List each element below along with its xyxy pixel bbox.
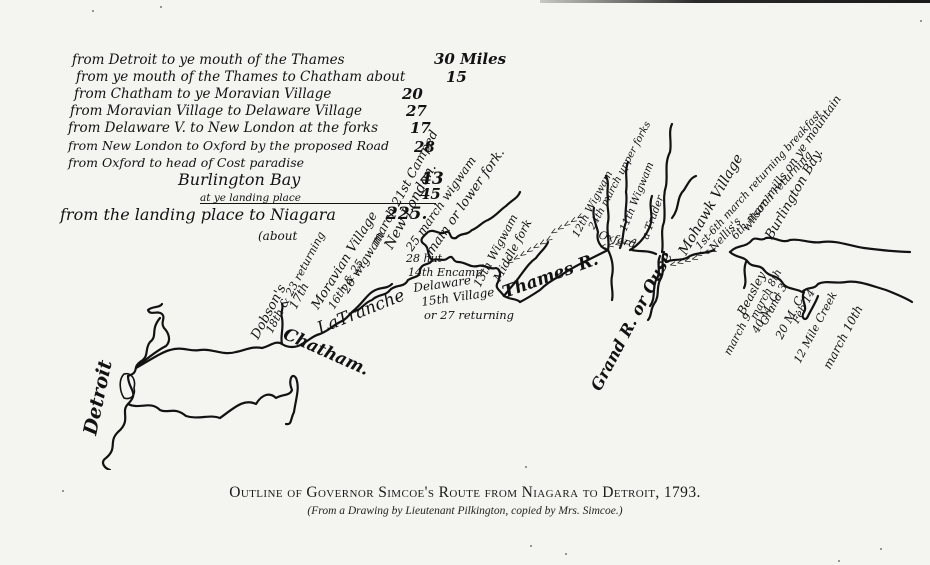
distance-row: from ye mouth of the Thames to Chatham a… xyxy=(76,69,405,86)
scan-speck xyxy=(525,466,527,468)
scan-speck xyxy=(92,10,94,12)
note-returning-27: or 27 returning xyxy=(424,308,514,322)
distance-row: from Detroit to ye mouth of the Thames 3… xyxy=(72,52,401,69)
map-caption: Outline of Governor Simcoe's Route from … xyxy=(0,484,930,517)
scan-speck xyxy=(565,553,567,555)
distance-row: from Chatham to ye Moravian Village 20 xyxy=(74,86,403,103)
scan-speck xyxy=(530,545,532,547)
distance-row: Burlington Bay 43 xyxy=(178,171,507,190)
caption-title: Outline of Governor Simcoe's Route from … xyxy=(0,484,930,502)
note-march-9: march 9 xyxy=(721,311,754,358)
thames-lower xyxy=(136,343,302,368)
scan-speck xyxy=(160,6,162,8)
distance-row: from Moravian Village to Delaware Villag… xyxy=(70,103,399,120)
scan-speck xyxy=(838,560,840,562)
distance-row: at ye landing place 45 xyxy=(200,190,436,204)
distance-row: from the landing place to Niagara 225. xyxy=(60,206,389,228)
note-hut-28: 28 hut xyxy=(405,252,443,265)
grand-river xyxy=(662,124,672,252)
label-grand-river: Grand R. or Ouse xyxy=(587,248,676,394)
distance-table: from Detroit to ye mouth of the Thames 3… xyxy=(72,52,401,245)
scan-speck xyxy=(880,548,882,550)
distance-row: from New London to Oxford by the propose… xyxy=(68,137,397,154)
scan-speck xyxy=(920,20,922,22)
caption-subtitle: (From a Drawing by Lieutenant Pilkington… xyxy=(0,505,930,517)
scan-speck xyxy=(62,490,64,492)
label-detroit: Detroit xyxy=(79,358,117,438)
burlington-bay xyxy=(730,238,910,252)
detroit-river xyxy=(128,318,160,376)
route-map: <<<<<<< <<<<< <<<<< <<<< <<< Detroit Cha… xyxy=(0,0,930,470)
distance-row: (about xyxy=(258,228,587,245)
distance-row: from Oxford to head of Cost paradise xyxy=(68,154,397,171)
distance-row: from Delaware V. to New London at the fo… xyxy=(68,120,397,137)
